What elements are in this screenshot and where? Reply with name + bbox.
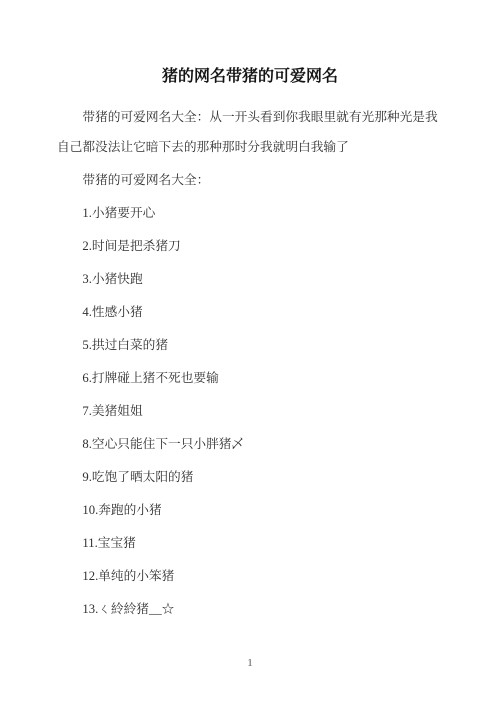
- list-item: 10.奔跑的小猪: [57, 495, 443, 525]
- list-heading: 带猪的可爱网名大全：: [57, 165, 443, 195]
- name-list: 1.小猪要开心 2.时间是把杀猪刀 3.小猪快跑 4.性感小猪 5.拱过白菜的猪…: [57, 198, 443, 624]
- document-page: 猪的网名带猪的可爱网名 带猪的可爱网名大全：从一开头看到你我眼里就有光那种光是我…: [0, 0, 500, 707]
- intro-paragraph: 带猪的可爱网名大全：从一开头看到你我眼里就有光那种光是我自己都没法让它暗下去的那…: [57, 102, 443, 162]
- list-item: 8.空心只能住下一只小胖猪乄: [57, 429, 443, 459]
- list-item: 7.美猪姐姐: [57, 396, 443, 426]
- list-item: 9.吃饱了晒太阳的猪: [57, 462, 443, 492]
- list-item: 11.宝宝猪: [57, 528, 443, 558]
- page-title: 猪的网名带猪的可爱网名: [57, 64, 443, 90]
- list-item: 2.时间是把杀猪刀: [57, 231, 443, 261]
- list-item: 12.单纯的小笨猪: [57, 561, 443, 591]
- page-number: 1: [0, 657, 500, 669]
- list-item: 4.性感小猪: [57, 297, 443, 327]
- list-item: 6.打牌碰上猪不死也要输: [57, 363, 443, 393]
- list-item: 1.小猪要开心: [57, 198, 443, 228]
- list-item: 13.ㄑ紷紷猪__☆: [57, 594, 443, 624]
- list-item: 3.小猪快跑: [57, 264, 443, 294]
- list-item: 5.拱过白菜的猪: [57, 330, 443, 360]
